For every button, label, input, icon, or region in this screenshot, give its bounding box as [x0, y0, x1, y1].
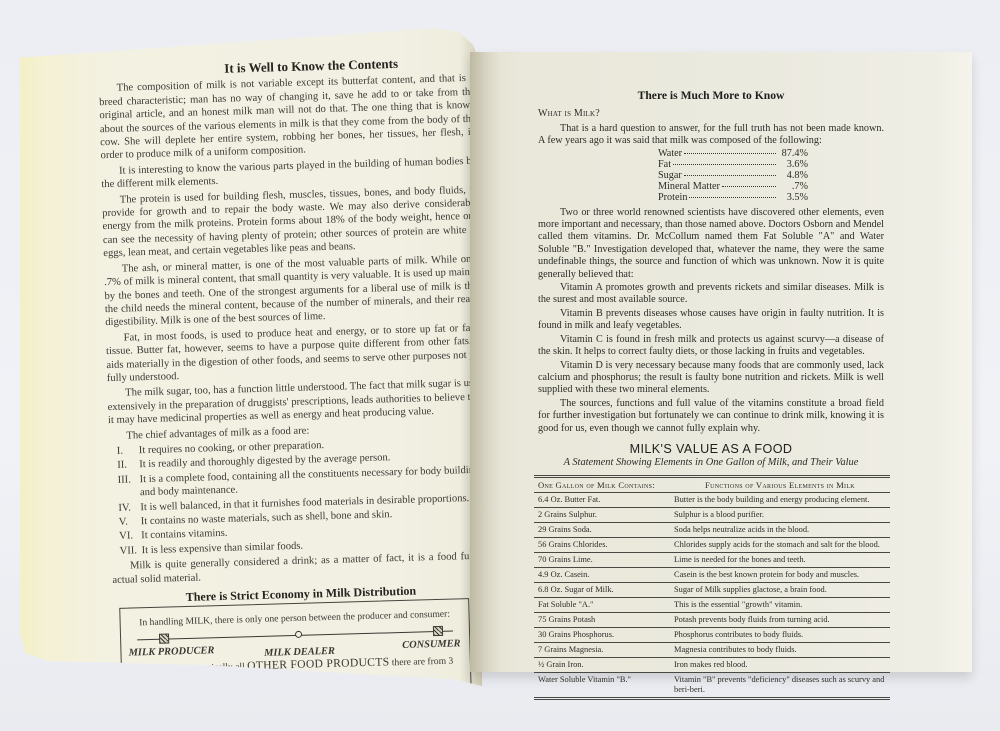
- composition-row: Protein3.5%: [658, 192, 808, 203]
- table-row: 29 Grains Soda.Soda helps neutralize aci…: [534, 522, 890, 537]
- paragraph: Two or three world renowned scientists h…: [538, 207, 884, 281]
- circle-node-icon: [295, 630, 302, 639]
- element-amount: 56 Grains Chlorides.: [534, 537, 670, 552]
- circle-node-icon: [333, 686, 340, 695]
- square-node-icon: [433, 626, 443, 636]
- composition-value: .7%: [778, 181, 808, 192]
- table-row: 7 Grains Magnesia.Magnesia contributes t…: [534, 642, 890, 657]
- distribution-diagram: In handling MILK, there is only one pers…: [119, 599, 472, 730]
- chain-label: Broker: [227, 701, 254, 715]
- element-amount: 70 Grains Lime.: [534, 552, 670, 567]
- milk-value-table: One Gallon of Milk Contains: Functions o…: [534, 475, 890, 700]
- composition-list: Water87.4% Fat3.6% Sugar4.8% Mineral Mat…: [658, 148, 808, 203]
- table-row: 30 Grains Phosphorus.Phosphorus contribu…: [534, 627, 890, 642]
- paragraph: Vitamin B prevents diseases whose causes…: [538, 308, 884, 333]
- table-row: 2 Grains Sulphur.Sulphur is a blood puri…: [534, 507, 890, 522]
- list-number: II.: [117, 459, 139, 473]
- element-amount: ½ Grain Iron.: [534, 657, 670, 672]
- paragraph: The ash, or mineral matter, is one of th…: [104, 252, 482, 330]
- column-header: Functions of Various Elements in Milk: [670, 476, 890, 492]
- chain-label: CONSUMER: [413, 695, 466, 710]
- list-number: VII.: [119, 544, 141, 558]
- element-function: Iron makes red blood.: [670, 657, 890, 672]
- square-node-icon: [444, 683, 454, 693]
- composition-label: Water: [658, 148, 682, 159]
- composition-value: 87.4%: [778, 148, 808, 159]
- square-node-icon: [143, 692, 153, 702]
- table-row: 56 Grains Chlorides.Chlorides supply aci…: [534, 537, 890, 552]
- paragraph: The composition of milk is not variable …: [99, 72, 477, 163]
- circle-node-icon: [283, 688, 290, 697]
- table-row: 6.4 Oz. Butter Fat.Butter is the body bu…: [534, 492, 890, 507]
- gutter-shadow: [470, 52, 500, 672]
- column-header: One Gallon of Milk Contains:: [534, 476, 670, 492]
- chain-label: Jobber: [328, 698, 355, 712]
- circle-node-icon: [191, 690, 198, 699]
- paragraph: Vitamin C is found in fresh milk and pro…: [538, 334, 884, 359]
- element-function: Phosphorus contributes to body fluids.: [670, 627, 890, 642]
- table-title: MILK'S VALUE AS A FOOD: [538, 443, 884, 455]
- element-function: Sugar of Milk supplies glactose, a brain…: [670, 582, 890, 597]
- paragraph: Vitamin A promotes growth and prevents r…: [538, 282, 884, 307]
- chain-label: GROWER: [135, 703, 176, 718]
- composition-label: Sugar: [658, 170, 682, 181]
- element-amount: Fat Soluble "A.": [534, 597, 670, 612]
- other-chain: GROWER Canner Broker Wholesaler Jobber R…: [133, 683, 462, 716]
- composition-row: Fat3.6%: [658, 159, 808, 170]
- composition-value: 3.6%: [778, 159, 808, 170]
- element-amount: 75 Grains Potash: [534, 612, 670, 627]
- chain-label: CONSUMER: [402, 637, 461, 652]
- advantages-list: I.It requires no cooking, or other prepa…: [117, 435, 488, 558]
- circle-node-icon: [380, 685, 387, 694]
- chain-label: Retailer: [369, 697, 400, 711]
- element-amount: 7 Grains Magnesia.: [534, 642, 670, 657]
- element-amount: 6.4 Oz. Butter Fat.: [534, 492, 670, 507]
- chain-label: MILK PRODUCER: [128, 644, 214, 660]
- list-text: It contains vitamins.: [141, 527, 228, 543]
- intro-text: In handling practically all: [146, 661, 248, 675]
- element-function: Sulphur is a blood purifier.: [670, 507, 890, 522]
- paragraph: Fat, in most foods, is used to produce h…: [106, 321, 483, 385]
- element-amount: 6.8 Oz. Sugar of Milk.: [534, 582, 670, 597]
- element-function: Lime is needed for the bones and teeth.: [670, 552, 890, 567]
- right-page-title: There is Much More to Know: [538, 90, 884, 102]
- element-amount: 4.9 Oz. Casein.: [534, 567, 670, 582]
- element-function: Potash prevents body fluids from turning…: [670, 612, 890, 627]
- table-row: 75 Grains PotashPotash prevents body flu…: [534, 612, 890, 627]
- right-page-content: There is Much More to Know What is Milk?…: [538, 90, 884, 700]
- table-subtitle: A Statement Showing Elements in One Gall…: [538, 457, 884, 469]
- element-function: Casein is the best known protein for bod…: [670, 567, 890, 582]
- list-number: V.: [119, 515, 141, 529]
- element-amount: 29 Grains Soda.: [534, 522, 670, 537]
- table-row: 70 Grains Lime.Lime is needed for the bo…: [534, 552, 890, 567]
- composition-label: Fat: [658, 159, 671, 170]
- composition-label: Protein: [658, 192, 687, 203]
- list-number: VI.: [119, 530, 141, 544]
- composition-value: 3.5%: [778, 192, 808, 203]
- paragraph: That is a hard question to answer, for t…: [538, 123, 884, 148]
- element-function: Vitamin "B" prevents "deficiency" diseas…: [670, 672, 890, 698]
- table-row: 6.8 Oz. Sugar of Milk.Sugar of Milk supp…: [534, 582, 890, 597]
- list-number: IV.: [118, 501, 140, 515]
- right-page: There is Much More to Know What is Milk?…: [470, 52, 972, 672]
- element-function: Chlorides supply acids for the stomach a…: [670, 537, 890, 552]
- chain-label: Canner: [184, 702, 214, 716]
- paragraph: Vitamin D is very necessary because many…: [538, 360, 884, 397]
- element-amount: Water Soluble Vitamin "B.": [534, 672, 670, 698]
- table-row: Water Soluble Vitamin "B."Vitamin "B" pr…: [534, 672, 890, 698]
- paragraph: The protein is used for building flesh, …: [102, 183, 480, 261]
- milk-chain: MILK PRODUCER MILK DEALER CONSUMER: [131, 625, 460, 658]
- composition-label: Mineral Matter: [658, 181, 720, 192]
- paragraph: The sources, functions and full value of…: [538, 398, 884, 435]
- element-function: Magnesia contributes to body fluids.: [670, 642, 890, 657]
- square-node-icon: [159, 633, 169, 643]
- chain-line: [139, 688, 455, 698]
- table-header-row: One Gallon of Milk Contains: Functions o…: [534, 476, 890, 492]
- composition-row: Sugar4.8%: [658, 170, 808, 181]
- section-subhead: What is Milk?: [538, 108, 884, 120]
- element-function: Butter is the body building and energy p…: [670, 492, 890, 507]
- chain-label: MILK DEALER: [264, 645, 335, 660]
- chain-label: Wholesaler: [269, 699, 313, 714]
- element-function: This is the essential "growth" vitamin.: [670, 597, 890, 612]
- composition-row: Water87.4%: [658, 148, 808, 159]
- composition-value: 4.8%: [778, 170, 808, 181]
- element-function: Soda helps neutralize acids in the blood…: [670, 522, 890, 537]
- element-amount: 30 Grains Phosphorus.: [534, 627, 670, 642]
- list-number: I.: [117, 444, 139, 458]
- list-number: III.: [117, 473, 140, 500]
- left-page: It is Well to Know the Contents The comp…: [20, 28, 482, 686]
- element-amount: 2 Grains Sulphur.: [534, 507, 670, 522]
- circle-node-icon: [233, 689, 240, 698]
- table-row: ½ Grain Iron.Iron makes red blood.: [534, 657, 890, 672]
- table-row: Fat Soluble "A."This is the essential "g…: [534, 597, 890, 612]
- table-row: 4.9 Oz. Casein.Casein is the best known …: [534, 567, 890, 582]
- left-page-content: It is Well to Know the Contents The comp…: [98, 55, 492, 730]
- composition-row: Mineral Matter.7%: [658, 181, 808, 192]
